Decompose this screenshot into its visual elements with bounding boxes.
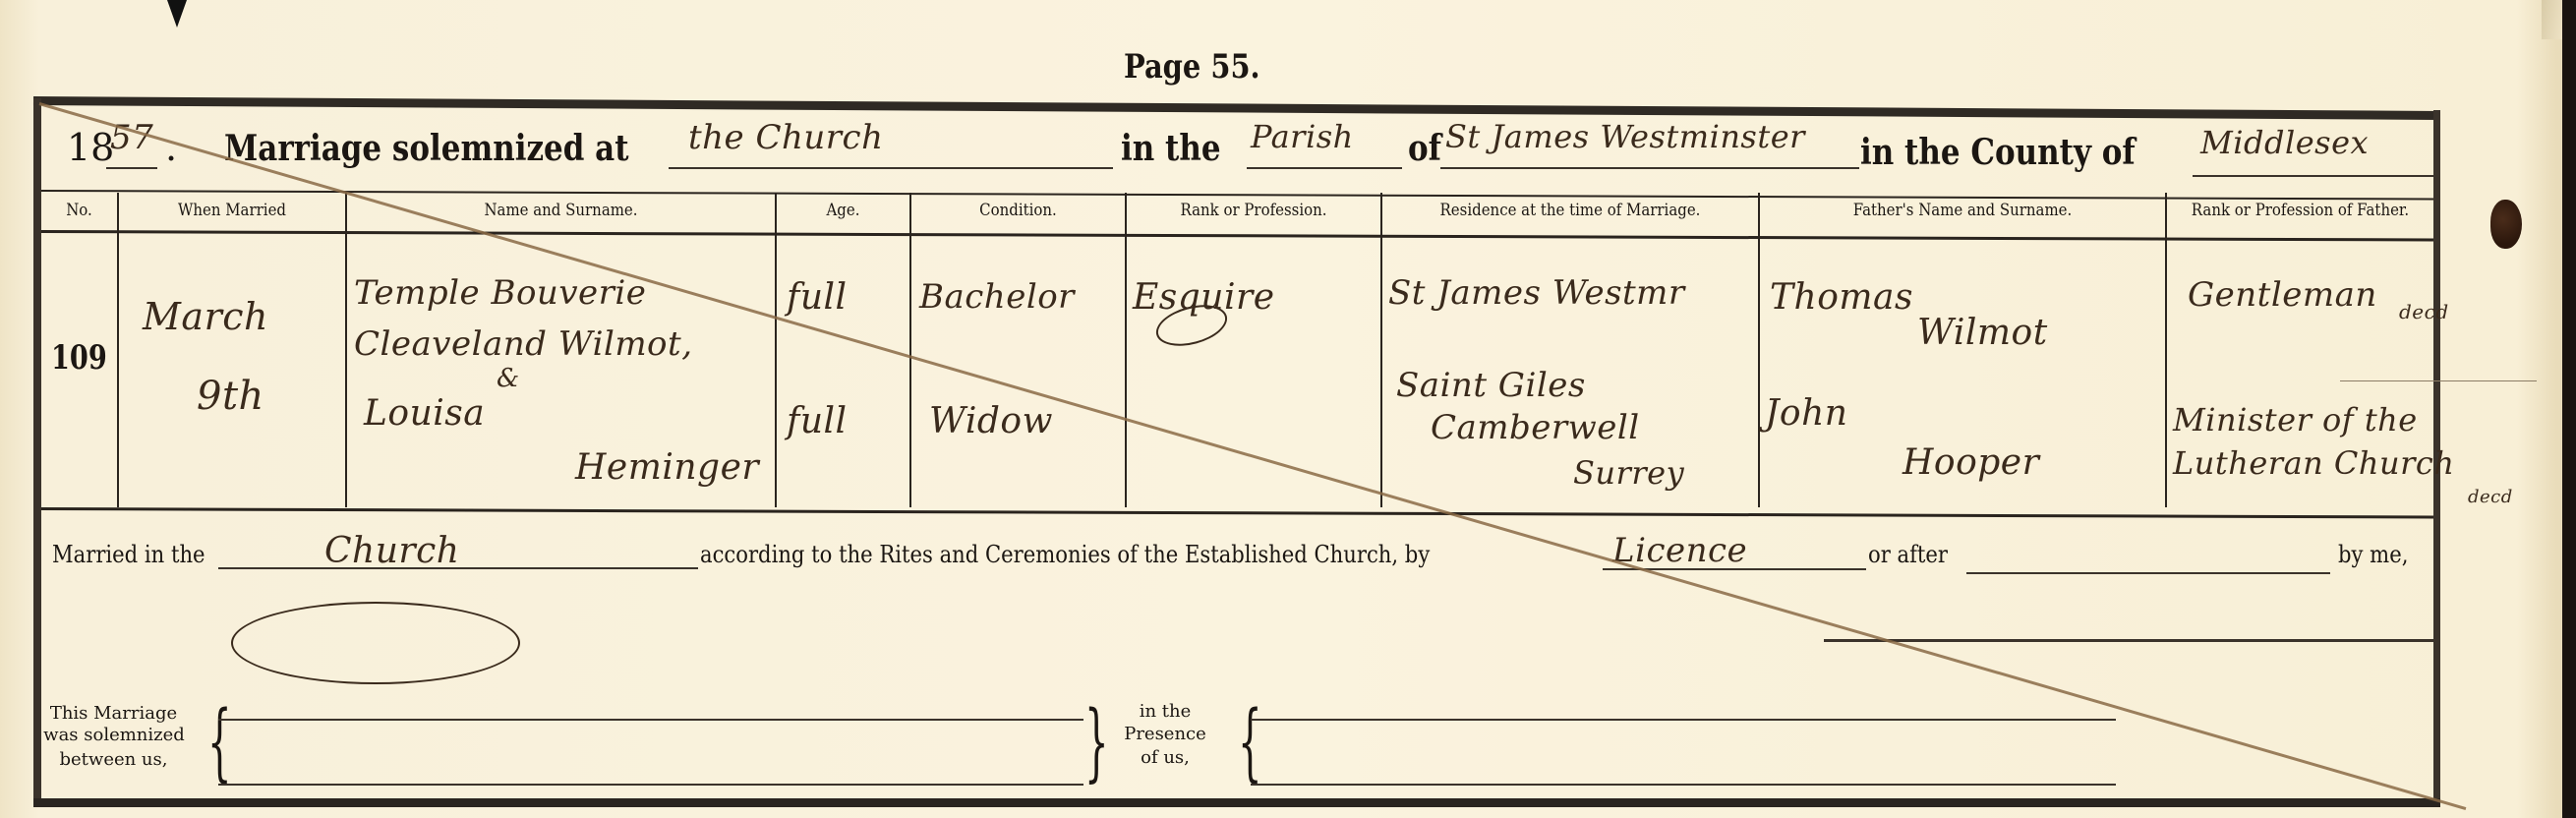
col-divider-1 bbox=[117, 193, 119, 507]
when-married-day[interactable]: 9th bbox=[197, 374, 264, 419]
year-underline bbox=[106, 167, 157, 169]
or-after-label: or after bbox=[1868, 541, 1948, 568]
title-text: Marriage solemnized at bbox=[224, 128, 629, 169]
col-divider-2 bbox=[345, 193, 347, 507]
header-age: Age. bbox=[785, 201, 902, 220]
county-name-value[interactable]: Middlesex bbox=[2200, 124, 2369, 161]
parish-type-underline bbox=[1247, 167, 1402, 169]
of-label: of bbox=[1408, 128, 1441, 169]
name-ampersand: & bbox=[497, 364, 520, 393]
solemnized-label-3: between us, bbox=[42, 749, 185, 770]
header-father-rank: Rank or Profession of Father. bbox=[2183, 201, 2417, 220]
bride-name-line1[interactable]: Louisa bbox=[364, 393, 485, 434]
married-in-value[interactable]: Church bbox=[324, 531, 459, 571]
groom-father-rank[interactable]: Gentleman bbox=[2188, 275, 2377, 315]
bride-residence-line1[interactable]: Saint Giles bbox=[1396, 366, 1586, 405]
header-top-rule bbox=[41, 190, 2433, 200]
officiant-signature-line bbox=[1824, 639, 2433, 642]
register-page: Page 55. 18 57 . Marriage solemnized at … bbox=[0, 0, 2576, 818]
page-fold bbox=[2542, 0, 2563, 39]
bride-father-rank-line2[interactable]: Lutheran Church bbox=[2173, 444, 2454, 482]
groom-age[interactable]: full bbox=[787, 277, 848, 318]
bride-name-line2[interactable]: Heminger bbox=[575, 447, 759, 488]
solemnized-at-value[interactable]: the Church bbox=[688, 118, 884, 157]
county-underline bbox=[2193, 175, 2433, 177]
bride-father-line1[interactable]: John bbox=[1765, 393, 1847, 434]
groom-condition[interactable]: Bachelor bbox=[919, 277, 1075, 317]
solemnized-label-2: was solemnized bbox=[40, 725, 188, 745]
bride-residence-line3[interactable]: Surrey bbox=[1573, 454, 1684, 492]
bride-condition[interactable]: Widow bbox=[929, 401, 1053, 441]
header-condition: Condition. bbox=[924, 201, 1112, 220]
page-label: Page 55. bbox=[1124, 47, 1260, 87]
bride-age[interactable]: full bbox=[787, 401, 848, 441]
frame-top-border bbox=[33, 96, 2440, 120]
col-divider-7 bbox=[1758, 193, 1760, 507]
presence-label-3: of us, bbox=[1111, 747, 1219, 768]
left-brace-open: { bbox=[207, 700, 232, 785]
presence-label-1: in the bbox=[1111, 701, 1219, 722]
header-rank-profession: Rank or Profession. bbox=[1142, 201, 1365, 220]
right-brace-open: { bbox=[1238, 700, 1262, 785]
in-the-label: in the bbox=[1121, 128, 1221, 169]
presence-label-2: Presence bbox=[1111, 724, 1219, 744]
col-divider-3 bbox=[775, 193, 777, 507]
row-bottom-rule bbox=[41, 507, 2433, 518]
left-brace-close: } bbox=[1084, 700, 1109, 785]
header-no: No. bbox=[46, 201, 113, 220]
groom-father-line1[interactable]: Thomas bbox=[1770, 277, 1913, 318]
parish-name-underline bbox=[1440, 167, 1859, 169]
groom-father-note[interactable]: decd bbox=[2399, 300, 2449, 323]
party-signature-line-2 bbox=[218, 784, 1083, 786]
col-divider-8 bbox=[2165, 193, 2167, 507]
frame-left-border bbox=[33, 98, 41, 804]
bride-residence-line2[interactable]: Camberwell bbox=[1431, 408, 1640, 447]
groom-name-line1[interactable]: Temple Bouverie bbox=[354, 273, 646, 313]
col-divider-5 bbox=[1125, 193, 1127, 507]
ink-blot bbox=[2490, 200, 2522, 249]
frame-bottom-border bbox=[33, 798, 2440, 807]
year-prefix: 18 bbox=[67, 126, 114, 169]
entry-number: 109 bbox=[51, 338, 107, 378]
solemnized-at-underline bbox=[669, 167, 1113, 169]
groom-father-line2[interactable]: Wilmot bbox=[1917, 313, 2048, 353]
county-label: in the County of bbox=[1860, 132, 2136, 173]
header-bottom-rule bbox=[41, 230, 2433, 241]
corner-ink-mark bbox=[167, 0, 187, 28]
margin-guide-line bbox=[2340, 380, 2537, 381]
married-in-label: Married in the bbox=[52, 541, 205, 568]
church-flourish bbox=[231, 602, 520, 684]
year-period: . bbox=[165, 126, 177, 169]
header-residence: Residence at the time of Marriage. bbox=[1405, 201, 1735, 220]
bride-father-line2[interactable]: Hooper bbox=[1903, 442, 2039, 483]
parish-type-value[interactable]: Parish bbox=[1251, 118, 1354, 155]
or-after-underline bbox=[1966, 572, 2330, 574]
bride-father-note[interactable]: decd bbox=[2468, 487, 2513, 507]
witness-signature-line-1 bbox=[1251, 719, 2116, 721]
solemnized-label-1: This Marriage bbox=[42, 703, 185, 724]
rites-text: according to the Rites and Ceremonies of… bbox=[700, 541, 1430, 568]
parish-name-value[interactable]: St James Westminster bbox=[1445, 118, 1805, 155]
col-divider-6 bbox=[1380, 193, 1382, 507]
witness-signature-line-2 bbox=[1251, 784, 2116, 786]
groom-name-line2[interactable]: Cleaveland Wilmot, bbox=[354, 324, 693, 364]
when-married-month[interactable]: March bbox=[143, 295, 268, 338]
groom-residence[interactable]: St James Westmr bbox=[1388, 273, 1685, 313]
header-when-married: When Married bbox=[133, 201, 331, 220]
page-edge-shadow bbox=[2562, 0, 2576, 818]
header-father-name: Father's Name and Surname. bbox=[1785, 201, 2141, 220]
bride-father-rank-line1[interactable]: Minister of the bbox=[2173, 401, 2418, 438]
col-divider-4 bbox=[909, 193, 911, 507]
married-in-underline bbox=[218, 567, 698, 569]
by-me-label: by me, bbox=[2338, 541, 2408, 568]
party-signature-line-1 bbox=[218, 719, 1083, 721]
